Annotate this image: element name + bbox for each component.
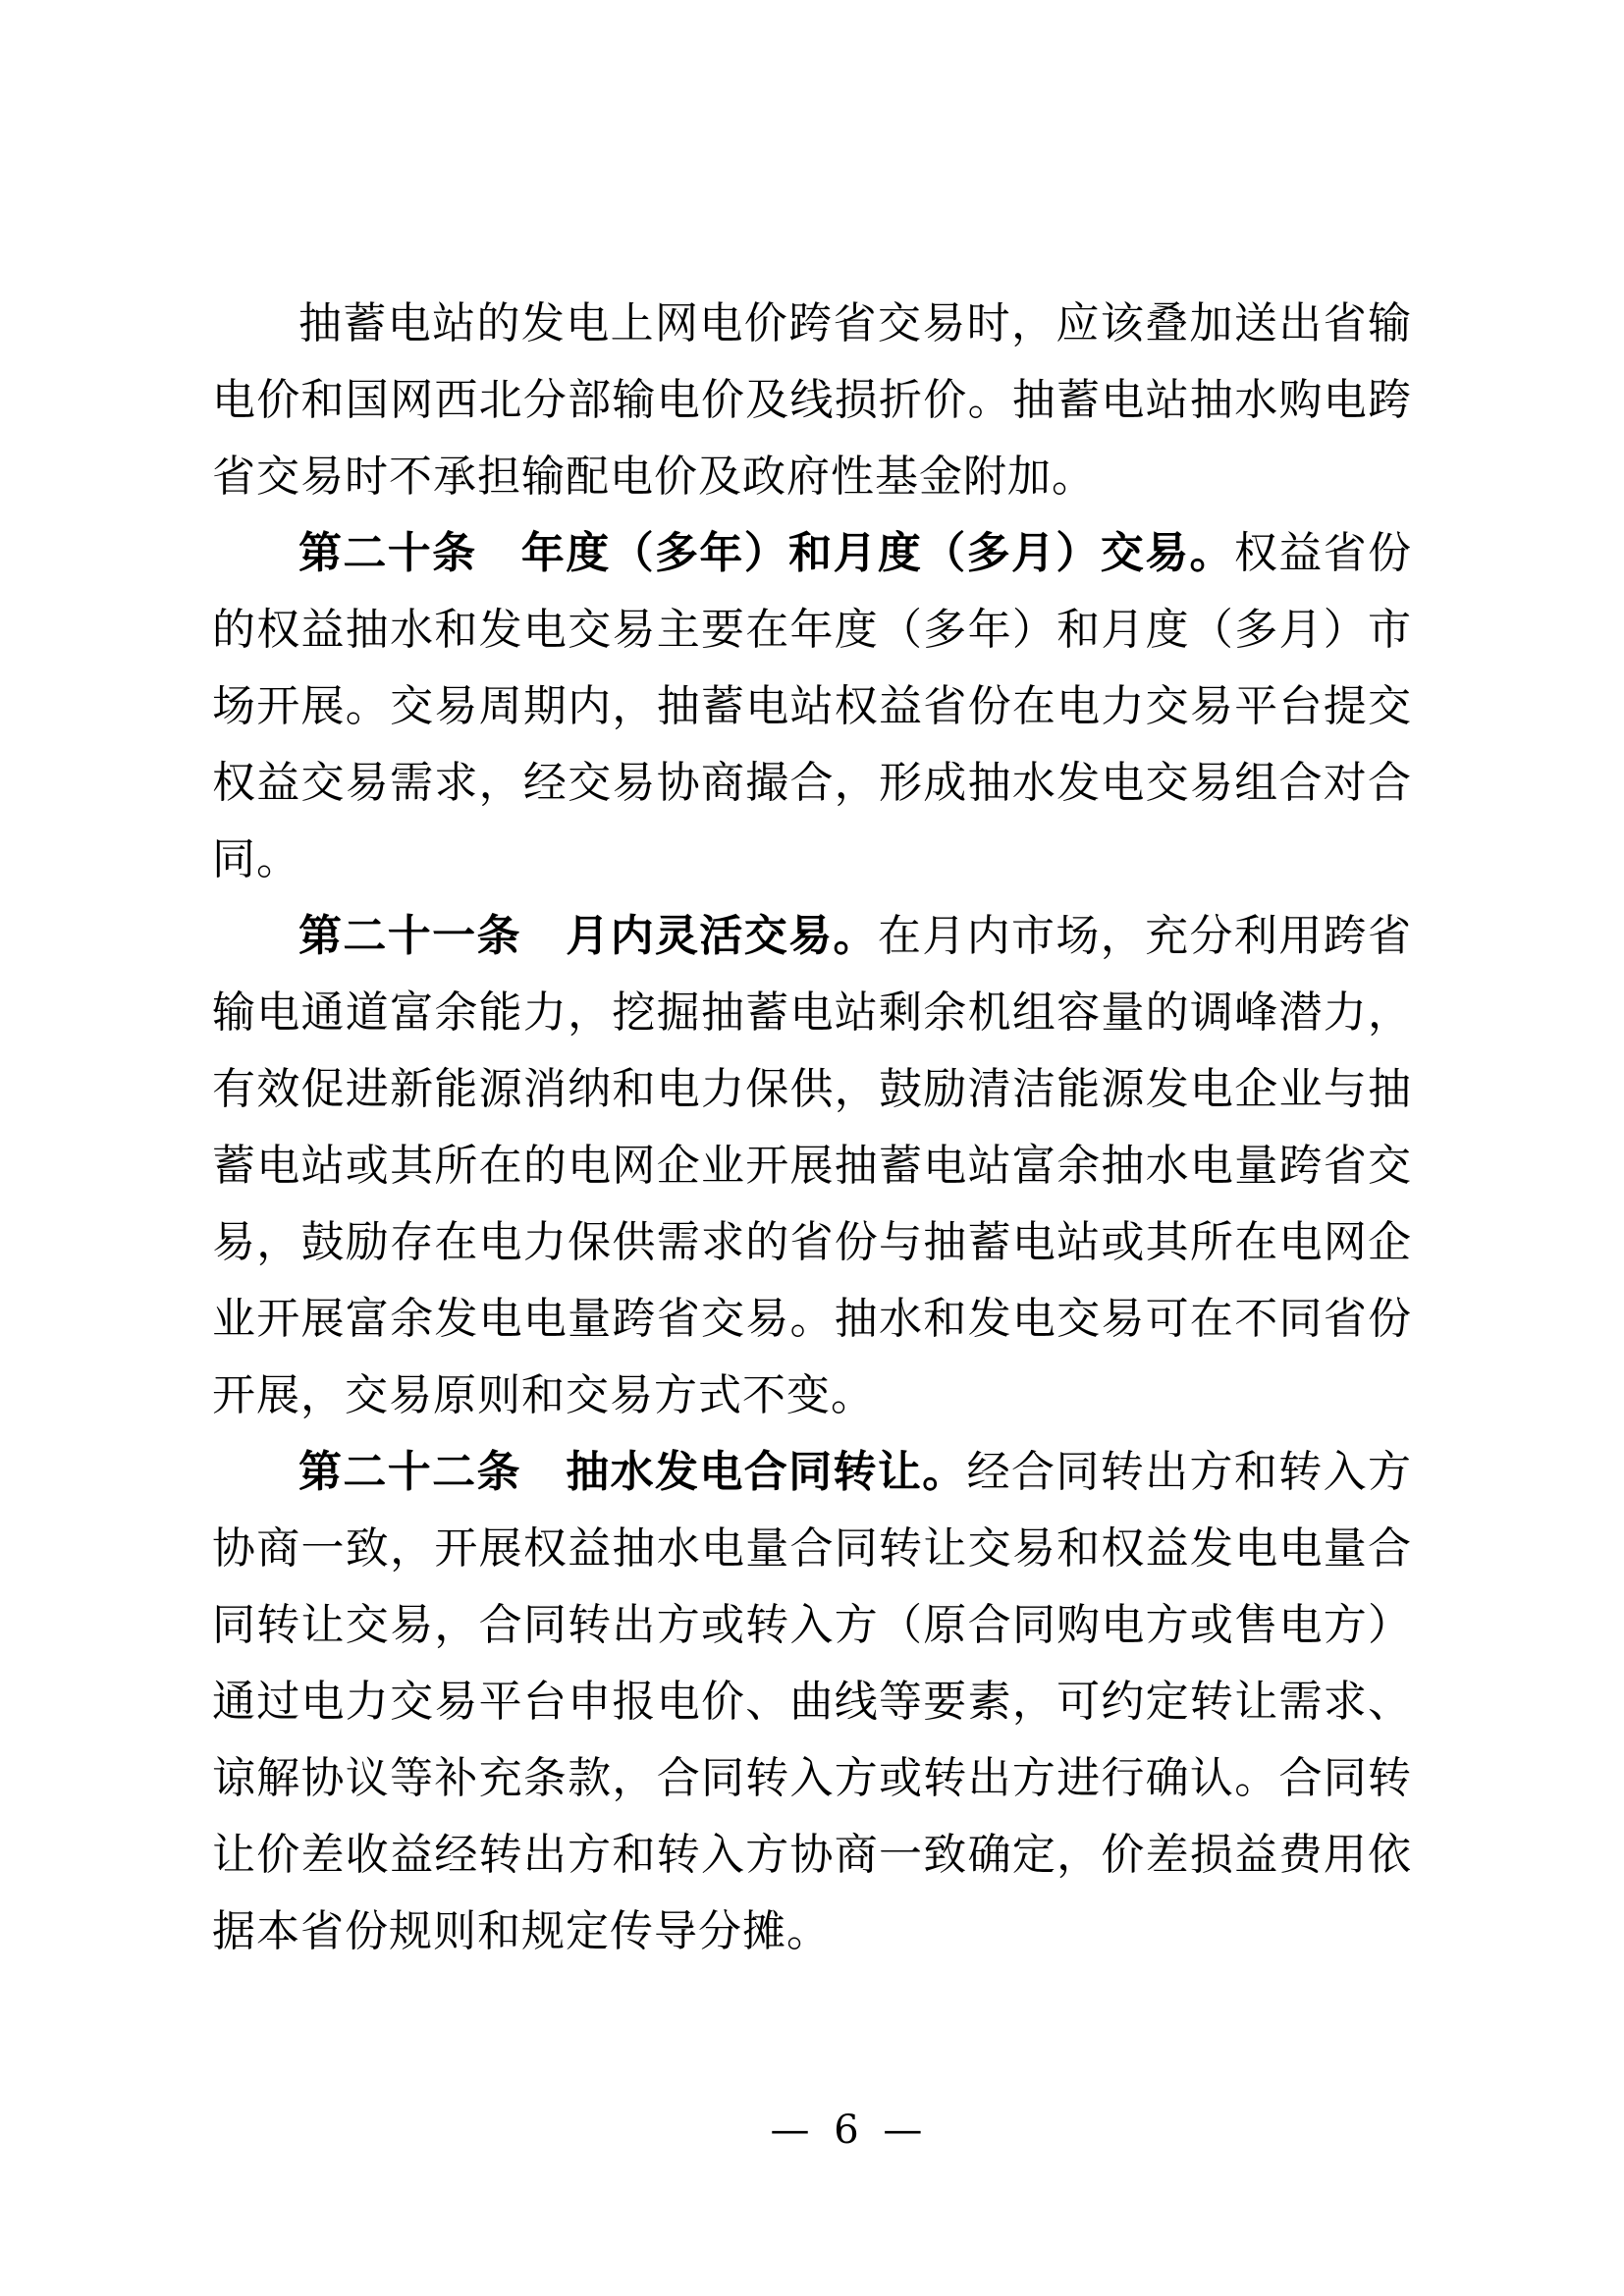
paragraph: 第二十二条 抽水发电合同转让。经合同转出方和转入方协商一致，开展权益抽水电量合同… bbox=[212, 1434, 1412, 1970]
paragraph-text: 在月内市场，充分利用跨省输电通道富余能力，挖掘抽蓄电站剩余机组容量的调峰潜力，有… bbox=[212, 911, 1412, 1420]
paragraph: 抽蓄电站的发电上网电价跨省交易时，应该叠加送出省输电价和国网西北分部输电价及线损… bbox=[212, 286, 1412, 515]
paragraph-text: 权益省份的权益抽水和发电交易主要在年度（多年）和月度（多月）市场开展。交易周期内… bbox=[212, 528, 1412, 884]
article-heading: 第二十二条 抽水发电合同转让。 bbox=[298, 1447, 967, 1497]
paragraph-text: 抽蓄电站的发电上网电价跨省交易时，应该叠加送出省输电价和国网西北分部输电价及线损… bbox=[212, 298, 1412, 502]
paragraph-text: 经合同转出方和转入方协商一致，开展权益抽水电量合同转让交易和权益发电电量合同转让… bbox=[212, 1447, 1412, 1956]
paragraph: 第二十条 年度（多年）和月度（多月）交易。权益省份的权益抽水和发电交易主要在年度… bbox=[212, 515, 1412, 898]
document-body: 抽蓄电站的发电上网电价跨省交易时，应该叠加送出省输电价和国网西北分部输电价及线损… bbox=[212, 286, 1412, 1970]
paragraph: 第二十一条 月内灵活交易。在月内市场，充分利用跨省输电通道富余能力，挖掘抽蓄电站… bbox=[212, 898, 1412, 1434]
document-page: 抽蓄电站的发电上网电价跨省交易时，应该叠加送出省输电价和国网西北分部输电价及线损… bbox=[0, 0, 1624, 2296]
page-number: — 6 — bbox=[771, 2109, 929, 2152]
article-heading: 第二十条 年度（多年）和月度（多月）交易。 bbox=[298, 528, 1234, 578]
article-heading: 第二十一条 月内灵活交易。 bbox=[298, 911, 878, 961]
